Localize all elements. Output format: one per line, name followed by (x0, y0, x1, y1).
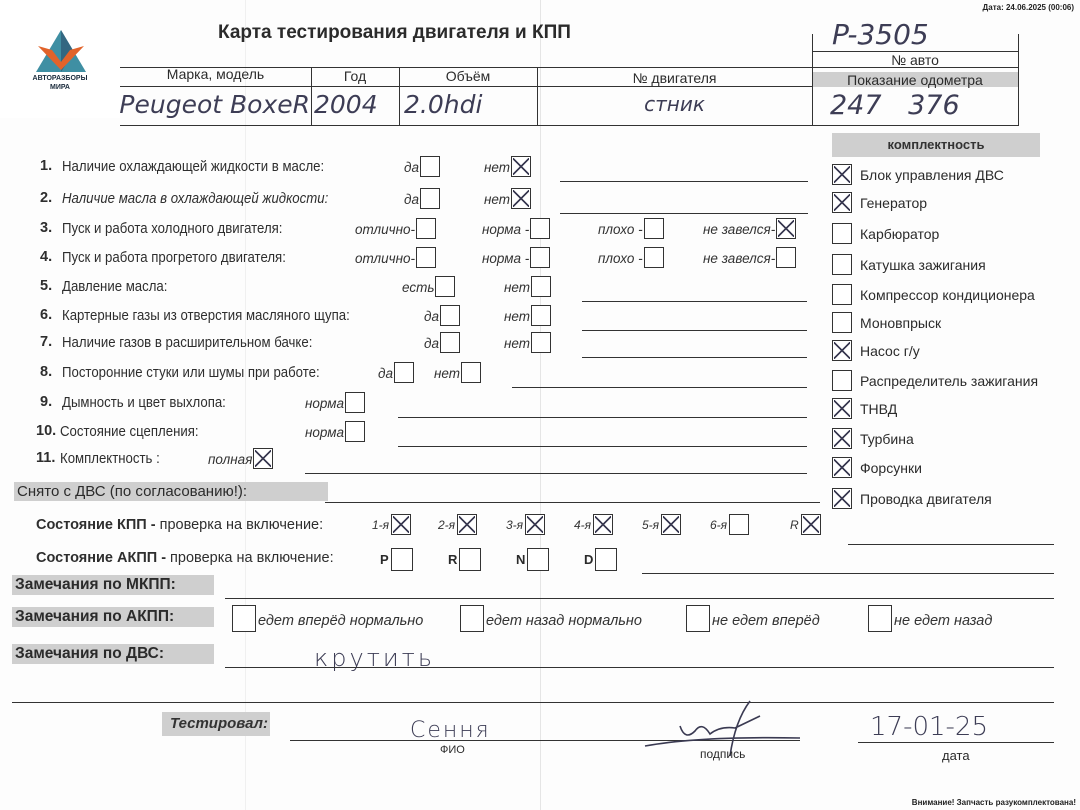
completeness-item-label: Турбина (860, 431, 914, 447)
table-border (1018, 34, 1019, 126)
check-number: 5. (40, 278, 52, 294)
dvs-remarks-label: Замечания по ДВС: (12, 644, 214, 664)
make-model-header: Марка, модель (120, 66, 311, 82)
check-label: Комплектность : (60, 450, 160, 467)
manual-gearbox-line (848, 544, 1054, 545)
completeness-checkbox[interactable] (832, 284, 852, 305)
scan-fold-line (540, 0, 541, 810)
check-option-label: да (404, 160, 419, 175)
dvs-remarks-line[interactable] (225, 667, 1054, 668)
footer-warning: Внимание! Запчасть разукомплектована! (912, 798, 1076, 807)
check-option-label: да (424, 336, 439, 351)
check-option-label: нет (504, 280, 530, 295)
date-line (858, 742, 1054, 743)
check-notes-line[interactable] (560, 181, 808, 182)
completeness-checkbox[interactable] (832, 370, 852, 391)
completeness-item-label: Моновпрыск (860, 315, 941, 331)
volume-value: 2.0hdi (404, 90, 482, 119)
akpp-position-label: P (380, 552, 389, 567)
logo-mountain-icon (34, 28, 88, 74)
auto-gearbox-label: Состояние АКПП - проверка на включение: (36, 550, 334, 566)
check-option-label: да (378, 366, 393, 381)
check-option-checkbox[interactable] (511, 188, 531, 209)
check-option-label: нет (484, 192, 510, 207)
completeness-item-label: Генератор (860, 195, 927, 211)
completeness-checkbox[interactable] (832, 164, 852, 185)
check-option-label: норма (305, 396, 344, 411)
akpp-position-label: R (448, 552, 457, 567)
gear-label: 1-я (372, 518, 389, 532)
mkpp-remarks-label: Замечания по МКПП: (12, 575, 214, 595)
check-option-checkbox[interactable] (345, 392, 365, 413)
akpp-remarks-label: Замечания по АКПП: (12, 607, 214, 627)
name-caption: ФИО (440, 744, 465, 756)
check-number: 4. (40, 249, 52, 265)
check-option-label: отлично- (355, 251, 415, 266)
check-option-checkbox[interactable] (511, 156, 531, 177)
engine-number-value: стник (537, 92, 812, 116)
check-option-checkbox[interactable] (440, 332, 460, 353)
completeness-item-label: Катушка зажигания (860, 257, 986, 273)
check-option-checkbox[interactable] (416, 218, 436, 239)
check-label: Дымность и цвет выхлопа: (62, 394, 226, 411)
akpp-remark-checkbox[interactable] (232, 605, 256, 632)
check-option-label: не завелся- (703, 222, 775, 237)
completeness-item-label: Распределитель зажигания (860, 373, 1038, 389)
manual-gearbox-label: Состояние КПП - проверка на включение: (36, 517, 323, 533)
year-value: 2004 (314, 90, 378, 119)
check-notes-line[interactable] (582, 301, 807, 302)
gear-label: 4-я (574, 518, 591, 532)
check-option-label: нет (434, 366, 460, 381)
volume-header: Объём (399, 68, 537, 84)
akpp-remark-label: едет назад нормально (486, 613, 642, 629)
akpp-remark-checkbox[interactable] (460, 605, 484, 632)
date-value: 17-01-25 (870, 712, 988, 742)
check-option-label: норма - (482, 251, 529, 266)
table-border (120, 125, 1018, 126)
check-number: 8. (40, 364, 52, 380)
check-label: Картерные газы из отверстия масляного щу… (62, 307, 350, 324)
scan-fold-line (245, 0, 246, 810)
check-notes-line[interactable] (582, 330, 807, 331)
check-option-checkbox[interactable] (420, 156, 440, 177)
tested-by-label: Тестировал: (170, 715, 268, 732)
gear-checkbox[interactable] (661, 514, 681, 535)
gear-label: 5-я (642, 518, 659, 532)
completeness-title: комплектность (832, 137, 1040, 152)
akpp-position-checkbox[interactable] (459, 548, 481, 571)
make-model-value: Peugeot BoxeR (80, 90, 310, 119)
plate-label: № авто (812, 52, 1018, 68)
completeness-item-label: Форсунки (860, 460, 922, 476)
akpp-remark-checkbox[interactable] (686, 605, 710, 632)
akpp-position-label: D (584, 552, 593, 567)
check-option-checkbox[interactable] (776, 247, 796, 268)
check-notes-line[interactable] (512, 387, 807, 388)
completeness-checkbox[interactable] (832, 223, 852, 244)
gear-checkbox[interactable] (391, 514, 411, 535)
check-notes-line[interactable] (560, 213, 808, 214)
completeness-item-label: Блок управления ДВС (860, 167, 1004, 183)
akpp-position-label: N (516, 552, 525, 567)
auto-gearbox-line (642, 573, 1054, 574)
completeness-item-label: Компрессор кондиционера (860, 287, 1035, 303)
check-option-checkbox[interactable] (776, 218, 796, 239)
check-option-label: норма - (482, 222, 529, 237)
akpp-remark-checkbox[interactable] (868, 605, 892, 632)
plate-number-value: P-3505 (832, 18, 929, 51)
completeness-checkbox[interactable] (832, 428, 852, 449)
check-option-label: нет (504, 309, 530, 324)
check-notes-line[interactable] (582, 357, 807, 358)
check-option-checkbox[interactable] (531, 305, 551, 326)
akpp-position-checkbox[interactable] (595, 548, 617, 571)
check-option-checkbox[interactable] (531, 276, 551, 297)
check-option-label: плохо - (598, 222, 643, 237)
completeness-checkbox[interactable] (832, 457, 852, 478)
check-number: 3. (40, 220, 52, 236)
check-option-checkbox[interactable] (345, 421, 365, 442)
engine-number-header: № двигателя (537, 70, 812, 86)
check-option-label: плохо - (598, 251, 643, 266)
check-notes-line[interactable] (305, 473, 807, 474)
akpp-remark-label: едет вперёд нормально (258, 613, 423, 629)
year-header: Год (311, 68, 399, 84)
tester-name-value: Сення (410, 718, 491, 743)
check-label: Пуск и работа прогретого двигателя: (62, 249, 286, 266)
akpp-remark-label: не едет вперёд (712, 613, 820, 629)
page-title: Карта тестирования двигателя и КПП (218, 22, 571, 44)
check-option-checkbox[interactable] (461, 362, 481, 383)
akpp-position-checkbox[interactable] (391, 548, 413, 571)
check-number: 2. (40, 190, 52, 206)
completeness-item-label: Проводка двигателя (860, 491, 992, 507)
check-label: Состояние сцепления: (60, 423, 199, 440)
check-number: 1. (40, 158, 52, 174)
divider (12, 702, 1054, 703)
gear-label: 2-я (438, 518, 455, 532)
odometer-header: Показание одометра (812, 72, 1018, 88)
check-label: Посторонние стуки или шумы при работе: (62, 364, 320, 381)
akpp-remark-label: не едет назад (894, 613, 992, 629)
check-label: Наличие охлаждающей жидкости в масле: (62, 158, 324, 175)
check-option-checkbox[interactable] (530, 247, 550, 268)
check-option-label: нет (504, 336, 530, 351)
check-option-label: есть (402, 280, 434, 295)
odometer-value: 247 376 (830, 90, 960, 121)
check-number: 9. (40, 394, 52, 410)
check-number: 10. (36, 423, 56, 439)
check-number: 6. (40, 307, 52, 323)
signature-caption: подпись (700, 747, 745, 761)
check-option-checkbox[interactable] (644, 218, 664, 239)
check-option-checkbox[interactable] (531, 332, 551, 353)
gear-checkbox[interactable] (525, 514, 545, 535)
completeness-item-label: Насос г/у (860, 343, 920, 359)
gear-checkbox[interactable] (457, 514, 477, 535)
check-option-label: не завелся- (703, 251, 775, 266)
completeness-checkbox[interactable] (832, 254, 852, 275)
check-option-checkbox[interactable] (644, 247, 664, 268)
completeness-item-label: Карбюратор (860, 226, 939, 242)
check-label: Наличие масла в охлаждающей жидкости: (62, 190, 328, 207)
check-option-label: отлично- (355, 222, 415, 237)
gear-checkbox[interactable] (801, 514, 821, 535)
check-notes-line[interactable] (398, 417, 807, 418)
check-option-checkbox[interactable] (420, 188, 440, 209)
check-label: Пуск и работа холодного двигателя: (62, 220, 282, 237)
completeness-item-label: ТНВД (860, 401, 897, 417)
check-label: Наличие газов в расширительном бачке: (62, 334, 312, 351)
print-date: Дата: 24.06.2025 (00:06) (983, 3, 1074, 12)
completeness-checkbox[interactable] (832, 312, 852, 333)
check-option-checkbox[interactable] (416, 247, 436, 268)
check-label: Давление масла: (62, 278, 167, 295)
check-option-label: да (404, 192, 419, 207)
gear-checkbox[interactable] (729, 514, 749, 535)
mkpp-remarks-line[interactable] (225, 598, 1054, 599)
check-option-checkbox[interactable] (440, 305, 460, 326)
check-option-label: да (424, 309, 439, 324)
akpp-position-checkbox[interactable] (527, 548, 549, 571)
removed-value-line[interactable] (325, 502, 820, 503)
check-option-label: нет (484, 160, 510, 175)
check-option-checkbox[interactable] (435, 276, 455, 297)
gear-label: 6-я (710, 518, 727, 532)
removed-label: Снято с ДВС (по согласованию!): (14, 482, 328, 501)
gear-label: 3-я (506, 518, 523, 532)
completeness-checkbox[interactable] (832, 398, 852, 419)
check-notes-line[interactable] (398, 446, 807, 447)
completeness-checkbox[interactable] (832, 340, 852, 361)
check-option-checkbox[interactable] (394, 362, 414, 383)
completeness-checkbox[interactable] (832, 192, 852, 213)
check-option-checkbox[interactable] (253, 448, 273, 469)
gear-checkbox[interactable] (593, 514, 613, 535)
check-option-label: полная (208, 452, 252, 467)
check-option-label: норма (305, 425, 344, 440)
check-number: 7. (40, 334, 52, 350)
date-caption: дата (942, 748, 970, 763)
check-number: 11. (36, 450, 55, 466)
completeness-checkbox[interactable] (832, 488, 852, 509)
check-option-checkbox[interactable] (530, 218, 550, 239)
gear-label: R (790, 518, 799, 532)
